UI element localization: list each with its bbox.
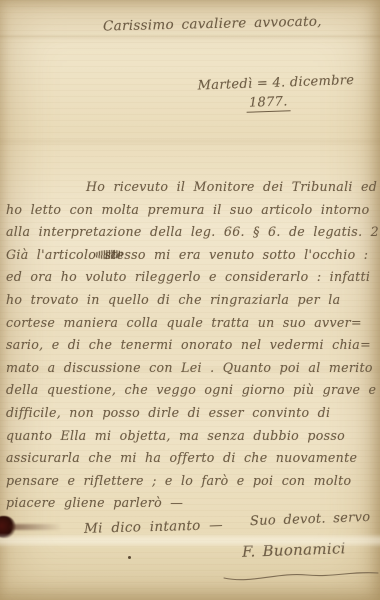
salutation: Carissimo cavaliere avvocato, [103, 14, 322, 35]
letter-line: mato a discussione con Lei . Quanto poi … [6, 357, 376, 380]
letter-page: Carissimo cavaliere avvocato, Martedì = … [0, 0, 380, 600]
letter-line: ho letto con molta premura il suo artico… [6, 199, 376, 222]
letter-line: Già l'articolo stesso mi era venuto sott… [6, 244, 376, 267]
letter-line: alla interpretazione della leg. 66. § 6.… [6, 221, 376, 244]
letter-line: sario, e di che tenermi onorato nel vede… [6, 334, 376, 357]
letter-line: della questione, che veggo ogni giorno p… [6, 379, 376, 402]
letter-line: Ho ricevuto il Monitore dei Tribunali ed [6, 176, 376, 199]
letter-line: ed ora ho voluto rileggerlo e considerar… [6, 266, 376, 289]
date-block: Martedì = 4. dicembre 1877. [197, 74, 338, 115]
date-line: Martedì = 4. dicembre [197, 74, 337, 94]
ink-dot [128, 556, 131, 559]
valediction: Suo devot. servo [250, 510, 371, 529]
letter-line: assicurarla che mi ha offerto di che nuo… [6, 447, 376, 470]
date-year: 1877. [246, 94, 291, 113]
letter-line: quanto Ella mi objetta, ma senza dubbio … [6, 425, 376, 448]
letter-line: ho trovato in quello di che ringraziarla… [6, 289, 376, 312]
closing-line: Mi dico intanto — [84, 517, 223, 537]
signature: F. Buonamici [242, 539, 346, 561]
signature-flourish [222, 562, 380, 588]
letter-line: difficile, non posso dirle di esser conv… [6, 402, 376, 425]
letter-line: pensare e riflettere ; e lo farò e poi c… [6, 470, 376, 493]
wax-ink-blot-smear [10, 524, 62, 530]
letter-line: cortese maniera colla quale tratta un su… [6, 312, 376, 335]
letter-body: Ho ricevuto il Monitore dei Tribunali ed… [6, 176, 376, 515]
